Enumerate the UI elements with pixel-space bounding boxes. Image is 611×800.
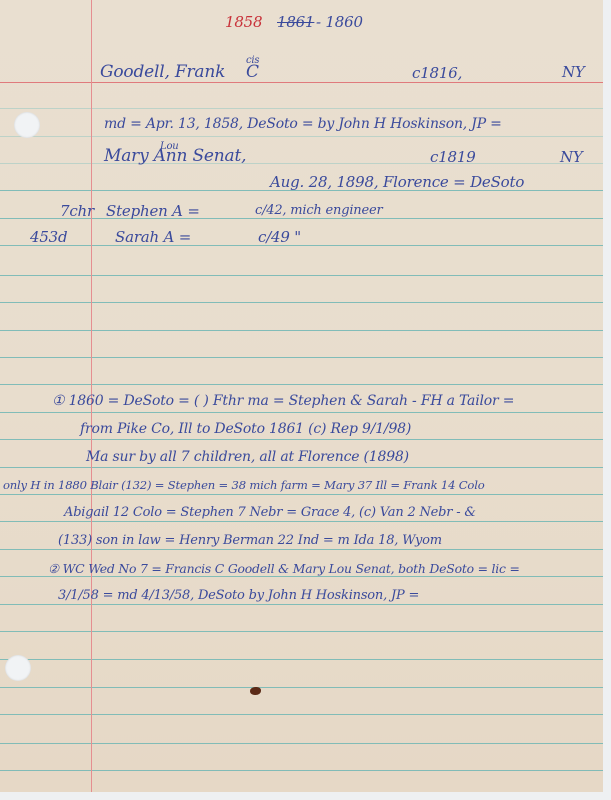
- child-name: Stephen A =: [106, 202, 200, 220]
- marriage-line: md = Apr. 13, 1858, DeSoto = by John H H…: [104, 115, 502, 133]
- note-line: ① 1860 = DeSoto = ( ) Fthr ma = Stephen …: [52, 392, 514, 410]
- punch-hole-bottom: [5, 655, 31, 681]
- note-line: only H in 1880 Blair (132) = Stephen = 3…: [3, 476, 484, 494]
- notebook-page: 1858 1861 - 1860 Goodell, Frank cis C c1…: [0, 0, 603, 792]
- child-name: Sarah A =: [115, 228, 191, 246]
- spouse-name-superscript: Lou: [160, 138, 179, 156]
- child-info: c/42, mich engineer: [255, 202, 382, 220]
- note-line: (133) son in law = Henry Berman 22 Ind =…: [58, 532, 442, 550]
- subject-birthplace: NY: [562, 63, 585, 81]
- header-year-blue: - 1860: [316, 13, 363, 31]
- ink-stain: [250, 687, 261, 695]
- subject-initial: C: [246, 63, 259, 81]
- header-year-red: 1858: [225, 13, 262, 31]
- note-line: Abigail 12 Colo = Stephen 7 Nebr = Grace…: [64, 504, 476, 522]
- subject-birth: c1816,: [412, 64, 462, 82]
- subject-name: Goodell, Frank: [100, 63, 225, 81]
- note-line: Ma sur by all 7 children, all at Florenc…: [86, 448, 409, 466]
- death-line: Aug. 28, 1898, Florence = DeSoto: [270, 173, 524, 191]
- spouse-birth: c1819: [430, 148, 476, 166]
- child-info: c/49 ": [258, 228, 301, 246]
- spouse-birthplace: NY: [560, 148, 583, 166]
- punch-hole-top: [14, 112, 40, 138]
- note-line: 3/1/58 = md 4/13/58, DeSoto by John H Ho…: [58, 587, 419, 605]
- ref-number: 453d: [30, 228, 67, 246]
- note-line: ② WC Wed No 7 = Francis C Goodell & Mary…: [48, 560, 520, 578]
- note-line: from Pike Co, Ill to DeSoto 1861 (c) Rep…: [80, 420, 411, 438]
- children-prefix: 7chr: [60, 202, 94, 220]
- header-year-struck: 1861: [277, 13, 314, 31]
